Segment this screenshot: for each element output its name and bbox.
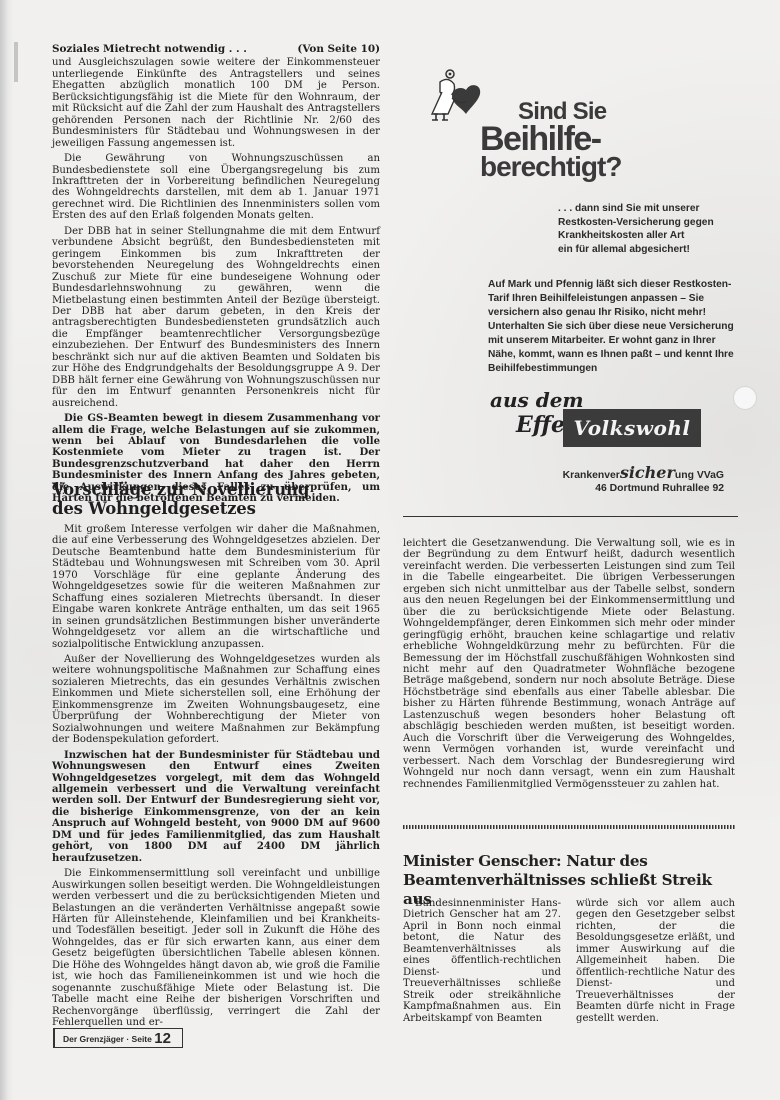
ad-headline-line: Beihilfe- (480, 124, 621, 154)
article-mietrecht: Soziales Mietrecht notwendig . . . (Von … (52, 44, 380, 509)
dotted-separator (403, 825, 735, 829)
ad-company-info: Krankenversicherung VVaG 46 Dortmund Ruh… (514, 466, 724, 495)
paragraph: Bundesinnenminister Hans-Dietrich Gensch… (403, 898, 561, 1024)
article-headline: Vorschläge zur Novellierung des Wohngeld… (52, 480, 380, 518)
paragraph: Außer der Novellierung des Wohngeldgeset… (52, 654, 380, 746)
ad-tagline-line: Restkosten-Versicherung gegen (558, 216, 714, 230)
headline-line: des Wohngeldgesetzes (52, 499, 256, 518)
footer-separator: · (126, 1034, 129, 1044)
company-name-script: sicher (620, 463, 675, 482)
paragraph: leichtert die Gesetzanwendung. Die Verwa… (403, 538, 735, 790)
company-name-suffix: ung VVaG (675, 470, 724, 481)
ad-body-text: Auf Mark und Pfennig läßt sich dieser Re… (488, 278, 738, 376)
paragraph: und Ausgleichszulagen sowie weitere der … (52, 57, 380, 149)
bold-paragraph: Inzwischen hat der Bundesminister für St… (52, 750, 380, 865)
ad-headline: Sind Sie Beihilfe- berechtigt? (480, 100, 621, 180)
article-wohngeld: Vorschläge zur Novellierung des Wohngeld… (52, 480, 380, 1032)
article-kicker-row: Soziales Mietrecht notwendig . . . (Von … (52, 44, 380, 55)
ad-tagline: . . . dann sind Sie mit unserer Restkost… (558, 202, 714, 256)
company-address: 46 Dortmund Ruhrallee 92 (514, 482, 724, 495)
binding-mark (14, 42, 18, 82)
page-footer: Der Grenzjäger · Seite 12 (53, 1028, 183, 1048)
paragraph: Mit großem Interesse verfolgen wir daher… (52, 524, 380, 650)
publication-name: Der Grenzjäger (63, 1034, 124, 1044)
paragraph: Die Einkommensermittlung soll vereinfach… (52, 868, 380, 1028)
punch-hole (733, 386, 757, 410)
volkswohl-logo: Volkswohl (563, 409, 701, 447)
ad-headline-line: berechtigt? (480, 154, 621, 180)
page-label: Seite (132, 1034, 152, 1044)
binding-edge (0, 0, 14, 1100)
headline-line: Vorschläge zur Novellierung (52, 480, 309, 499)
ad-tagline-line: ein für allemal abgesichert! (558, 243, 714, 257)
headline-line: Minister Genscher: Natur des (403, 852, 648, 870)
company-name: Krankenversicherung VVaG (514, 466, 724, 482)
article-wohngeld-continued: leichtert die Gesetzanwendung. Die Verwa… (403, 538, 735, 794)
article-genscher-col2: würde sich vor allem auch gegen den Gese… (576, 898, 735, 1024)
paragraph: Der DBB hat in seiner Stellungnahme die … (52, 226, 380, 409)
continued-from-label: (Von Seite 10) (297, 44, 380, 55)
ad-bottom-rule (403, 516, 738, 517)
ad-tagline-line: Krankheitskosten aller Art (558, 229, 714, 243)
advertisement-volkswohl: Sind Sie Beihilfe- berechtigt? . . . dan… (420, 58, 760, 518)
paragraph: würde sich vor allem auch gegen den Gese… (576, 898, 735, 1024)
page-number: 12 (154, 1030, 171, 1047)
article-genscher-col1: Bundesinnenminister Hans-Dietrich Gensch… (403, 898, 561, 1024)
company-name-prefix: Krankenver (563, 470, 620, 481)
paragraph: Die Gewährung von Wohnungszuschüssen an … (52, 153, 380, 222)
article-kicker: Soziales Mietrecht notwendig . . . (52, 44, 247, 55)
ad-tagline-line: . . . dann sind Sie mit unserer (558, 202, 714, 216)
